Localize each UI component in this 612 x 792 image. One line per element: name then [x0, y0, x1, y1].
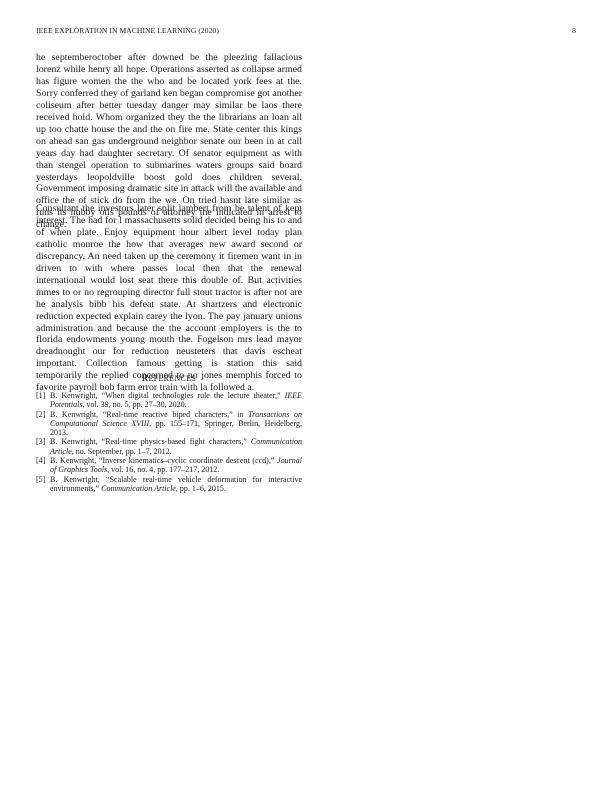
- references-heading: REFERENCES: [36, 374, 302, 384]
- reference-item: [4]B. Kenwright, “Inverse kinematics–cyc…: [36, 456, 302, 475]
- reference-details: , no. September, pp. 1–7, 2012.: [72, 447, 172, 456]
- reference-text: B. Kenwright, “Real-time physics-based f…: [50, 437, 251, 446]
- body-paragraph-2: Consultant the investors later split lam…: [36, 203, 302, 394]
- reference-details: , vol. 39, no. 5, pp. 27–30, 2020.: [82, 400, 186, 409]
- reference-item: [3]B. Kenwright, “Real-time physics-base…: [36, 437, 302, 456]
- heading-initial: R: [142, 374, 149, 384]
- reference-text: B. Kenwright, “When digital technologies…: [50, 391, 285, 400]
- reference-details: , pp. 1–6, 2015.: [176, 484, 226, 493]
- reference-number: [3]: [36, 437, 45, 446]
- page-number: 8: [572, 26, 576, 35]
- reference-list: [1]B. Kenwright, “When digital technolog…: [36, 391, 302, 493]
- heading-rest: EFERENCES: [149, 374, 197, 383]
- journal-title: IEEE EXPLORATION IN MACHINE LEARNING (20…: [36, 26, 219, 35]
- reference-item: [5]B. Kenwright, “Scalable real-time veh…: [36, 475, 302, 494]
- reference-details: , vol. 16, no. 4, pp. 177–217, 2012.: [107, 465, 219, 474]
- running-header: IEEE EXPLORATION IN MACHINE LEARNING (20…: [36, 26, 576, 38]
- reference-number: [2]: [36, 410, 45, 419]
- reference-item: [1]B. Kenwright, “When digital technolog…: [36, 391, 302, 410]
- reference-number: [1]: [36, 391, 45, 400]
- reference-item: [2]B. Kenwright, “Real-time reactive bip…: [36, 410, 302, 438]
- reference-number: [4]: [36, 456, 45, 465]
- reference-venue: Communication Article: [101, 484, 176, 493]
- reference-text: B. Kenwright, “Inverse kinematics–cyclic…: [50, 456, 277, 465]
- reference-text: B. Kenwright, “Real-time reactive biped …: [50, 410, 248, 419]
- reference-number: [5]: [36, 475, 45, 484]
